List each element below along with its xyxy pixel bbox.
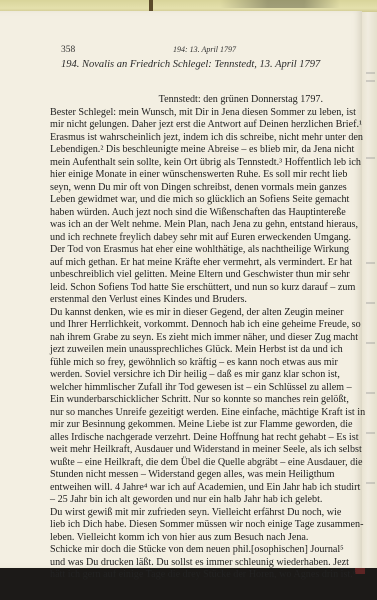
- text-line: weit mehr Heilkraft, Ausdauer und Widers…: [41, 444, 323, 457]
- text-line: lieb ich Dich habe. Diesen Sommer müssen…: [41, 519, 323, 532]
- text-line: wußte – eine Heilkraft, die dem Übel die…: [41, 457, 323, 470]
- text-line: Lebendigen.² Dis beschleunigte meine Abr…: [41, 144, 323, 157]
- text-line: mir nicht gelungen. Daher jezt erst die …: [41, 119, 323, 132]
- text-line: was ich an der Welt nehme. Mein Plan, na…: [41, 219, 323, 232]
- paragraph: Der Tod von Erasmus hat eher eine wohlth…: [41, 244, 323, 307]
- text-line: jezt zuweilen mein unaussprechliches Glü…: [41, 344, 323, 357]
- text-line: Stunden nicht messen – Widerstand gegen …: [41, 469, 323, 482]
- paragraph: Du wirst gewiß mit mir zufrieden seyn. V…: [41, 507, 323, 545]
- text-line: und was Du drucken läßt. Du sollst es im…: [41, 557, 323, 570]
- text-line: und ich rechnete freylich dabey sehr mit…: [41, 232, 323, 245]
- text-line: leben. Vielleicht komm ich von hier aus …: [41, 532, 323, 545]
- text-line: Du wirst gewiß mit mir zufrieden seyn. V…: [41, 507, 323, 520]
- text-line: seyn, wenn Du mir oft von Dingen schreib…: [41, 182, 323, 195]
- text-line: alles Irdische nachgerade verzehrt. Dein…: [41, 432, 323, 445]
- text-line: Du kannst denken, wie es mir in dieser G…: [41, 307, 323, 320]
- background-red-mark: [355, 568, 365, 574]
- text-line: welcher himmlischer Zufall ihr Tod gewes…: [41, 382, 323, 395]
- text-line: hier einige Monate in einer wünschenswer…: [41, 169, 323, 182]
- text-line: erstenmal den Verlust eines Kindes und B…: [41, 294, 323, 307]
- paragraphs: Bester Schlegel: mein Wunsch, mit Dir in…: [41, 107, 323, 582]
- text-line: werden. Soviel versichre ich Dir heilig …: [41, 369, 323, 382]
- running-head: 358 194: 13. April 1797: [61, 45, 333, 57]
- text-line: unbeschreiblich viel gelitten. Meine Elt…: [41, 269, 323, 282]
- text-line: und Ihrer Herrlichkeit, vorkommt. Dennoc…: [41, 319, 323, 332]
- text-line: fühle mich so frey, gewöhnlich so kräfti…: [41, 357, 323, 370]
- text-line: haben würden. Auch jezt noch sind die Wi…: [41, 207, 323, 220]
- text-line: Leben gewidmet war, und die mich so glüc…: [41, 194, 323, 207]
- text-line: nur so manches Unreife gezeitigt werden.…: [41, 407, 323, 420]
- letter-title: 194. Novalis an Friedrich Schlegel: Tenn…: [61, 59, 351, 70]
- text-line: Der Tod von Erasmus hat eher eine wohlth…: [41, 244, 323, 257]
- paragraph: Du kannst denken, wie es mir in dieser G…: [41, 307, 323, 507]
- text-line: hätt ich gern auf einige Tage die drey S…: [41, 569, 323, 582]
- text-line: mir zur Besinnung gekommen. Meine Liebe …: [41, 419, 323, 432]
- running-title: 194: 13. April 1797: [173, 45, 236, 54]
- text-line: nah ihrem Grabe zu seyn. Es zieht mich i…: [41, 332, 323, 345]
- text-line: Schicke mir doch die Stücke von dem neue…: [41, 544, 323, 557]
- letter-body: Tennstedt: den grünen Donnerstag 1797. B…: [41, 94, 323, 582]
- text-line: mein Aufenthalt sein sollte, kein Ort üb…: [41, 157, 323, 170]
- text-line: Erasmus ist wahrscheinlich jezt, indem i…: [41, 132, 323, 145]
- text-line: Ein wunderbarschicklicher Schritt. Nur s…: [41, 394, 323, 407]
- text-line: auf mich gethan. Er hat meine Kräfte ehe…: [41, 257, 323, 270]
- text-line: leid. Schon Sofiens Tod hatte Sie erschü…: [41, 282, 323, 295]
- text-line: entweihen will. 4 Jahre⁴ war ich auf Aca…: [41, 482, 323, 495]
- background-shadow: [220, 0, 340, 8]
- paragraph: Bester Schlegel: mein Wunsch, mit Dir in…: [41, 107, 323, 245]
- text-line: Bester Schlegel: mein Wunsch, mit Dir in…: [41, 107, 323, 120]
- page-number: 358: [61, 45, 75, 55]
- paragraph: Schicke mir doch die Stücke von dem neue…: [41, 544, 323, 582]
- text-line: – 25 Jahr bin ich alt geworden und nur e…: [41, 494, 323, 507]
- page-edge: [362, 12, 377, 568]
- dateline: Tennstedt: den grünen Donnerstag 1797.: [41, 94, 323, 107]
